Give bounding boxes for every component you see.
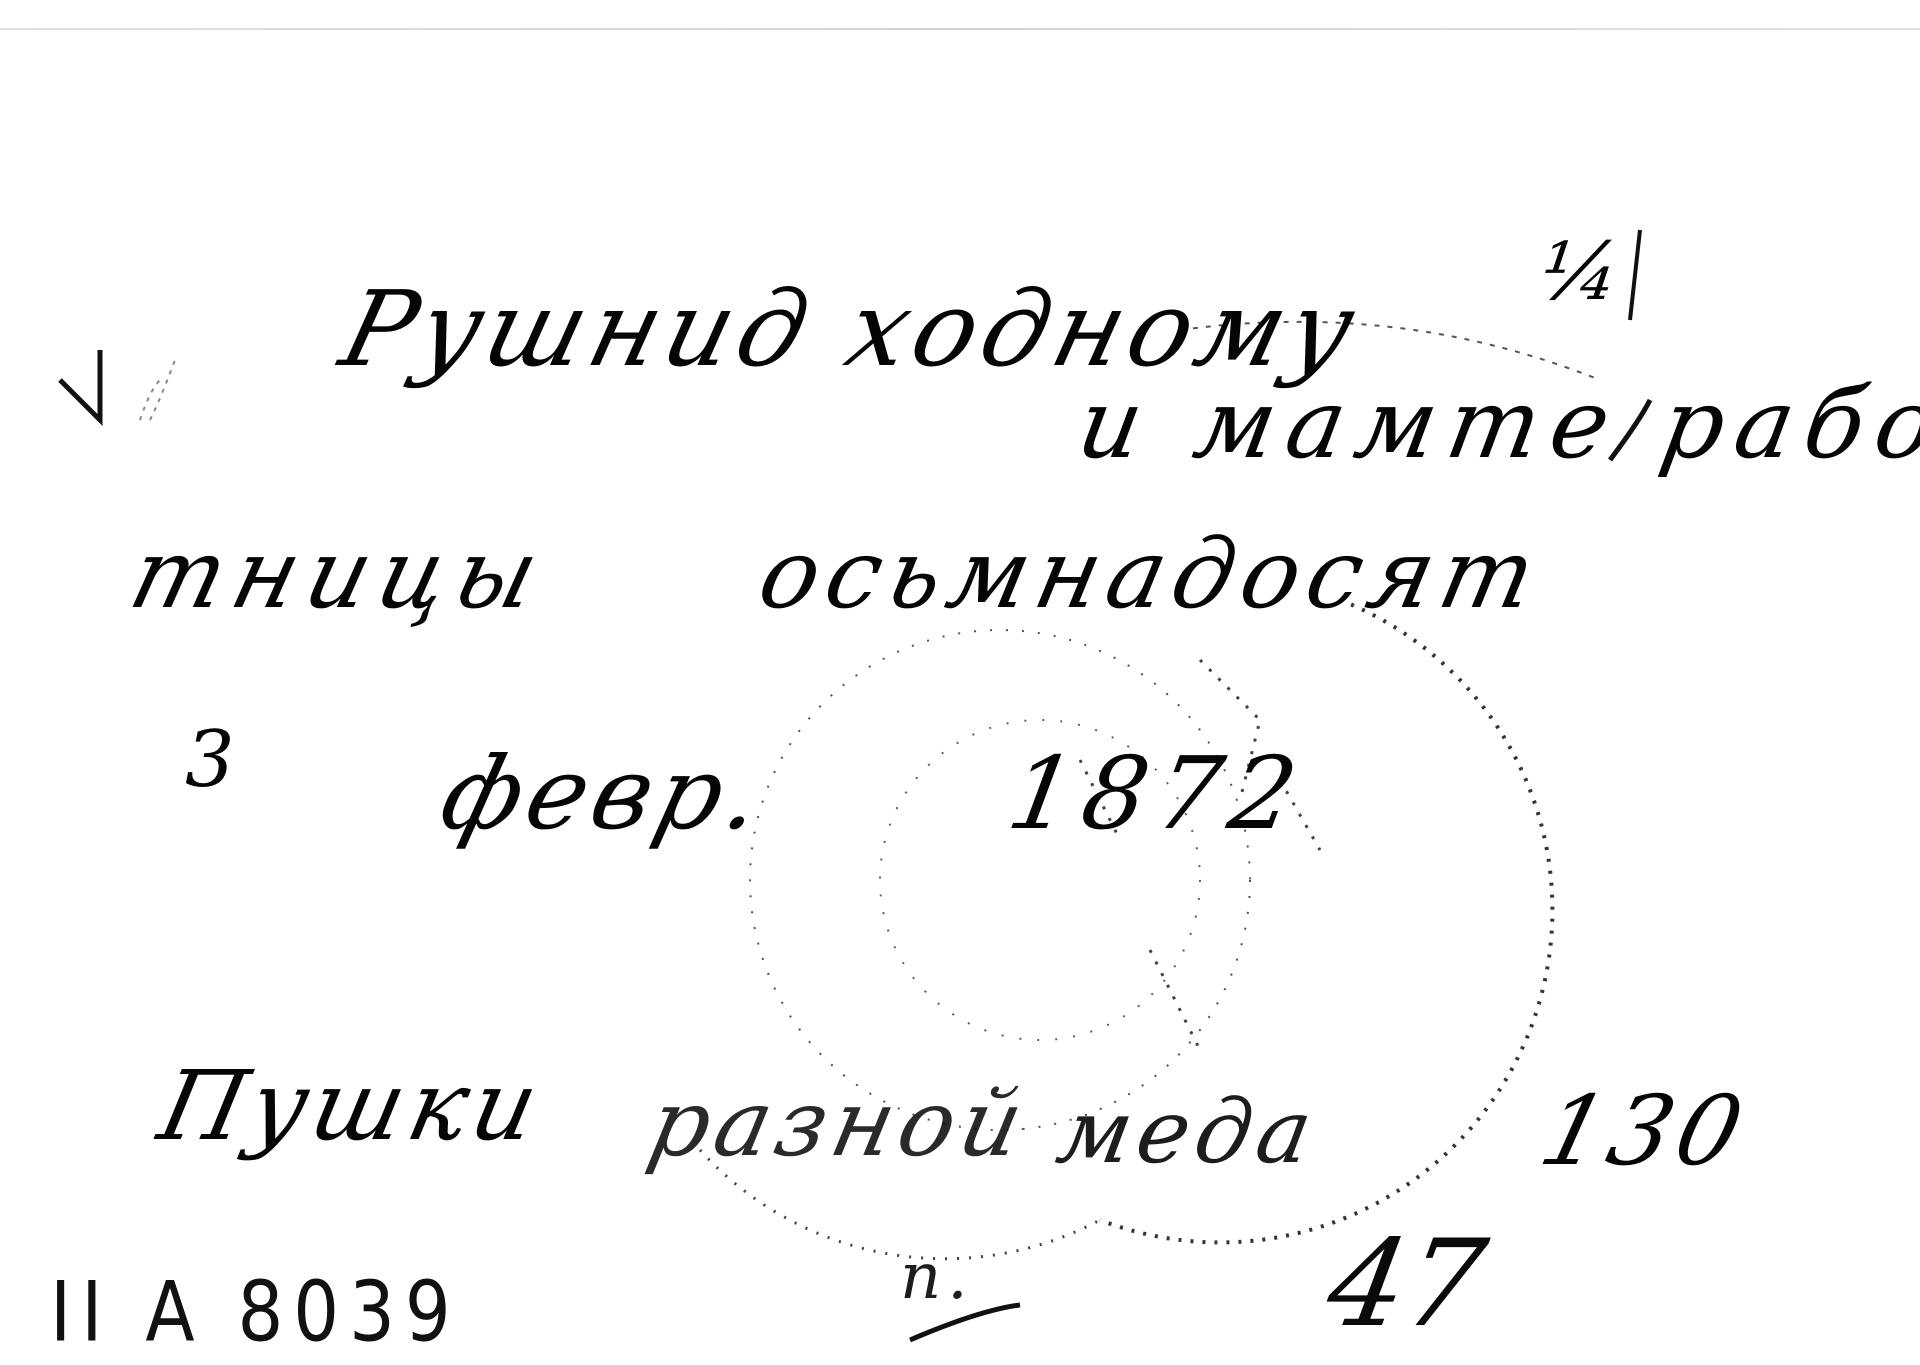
fraction-mark: ¼ — [1535, 225, 1632, 318]
bottom-middle-mark: п. — [900, 1240, 974, 1314]
date-year: 1872 — [1000, 735, 1315, 852]
line-1-right-text: и мамте рабо — [1070, 368, 1920, 480]
line-2-right-text: осьмнадосят — [750, 518, 1553, 630]
date-day: 3 — [185, 715, 241, 805]
line-4-word-1: Пушки — [150, 1050, 553, 1162]
bottom-right-mark: 47 — [1318, 1215, 1495, 1354]
line-4-word-3: меда — [1050, 1080, 1325, 1183]
amount-value: 130 — [1530, 1075, 1759, 1187]
scanned-document-page: Рушнид ходному и мамте рабо ¼ тницы осьм… — [0, 0, 1920, 1365]
date-month: февр. — [430, 735, 781, 852]
line-4-word-2: разной — [640, 1070, 1038, 1177]
archive-number: II A 8039 — [50, 1264, 461, 1361]
check-mark-icon — [60, 350, 100, 420]
line-2-left-text: тницы — [120, 518, 559, 630]
